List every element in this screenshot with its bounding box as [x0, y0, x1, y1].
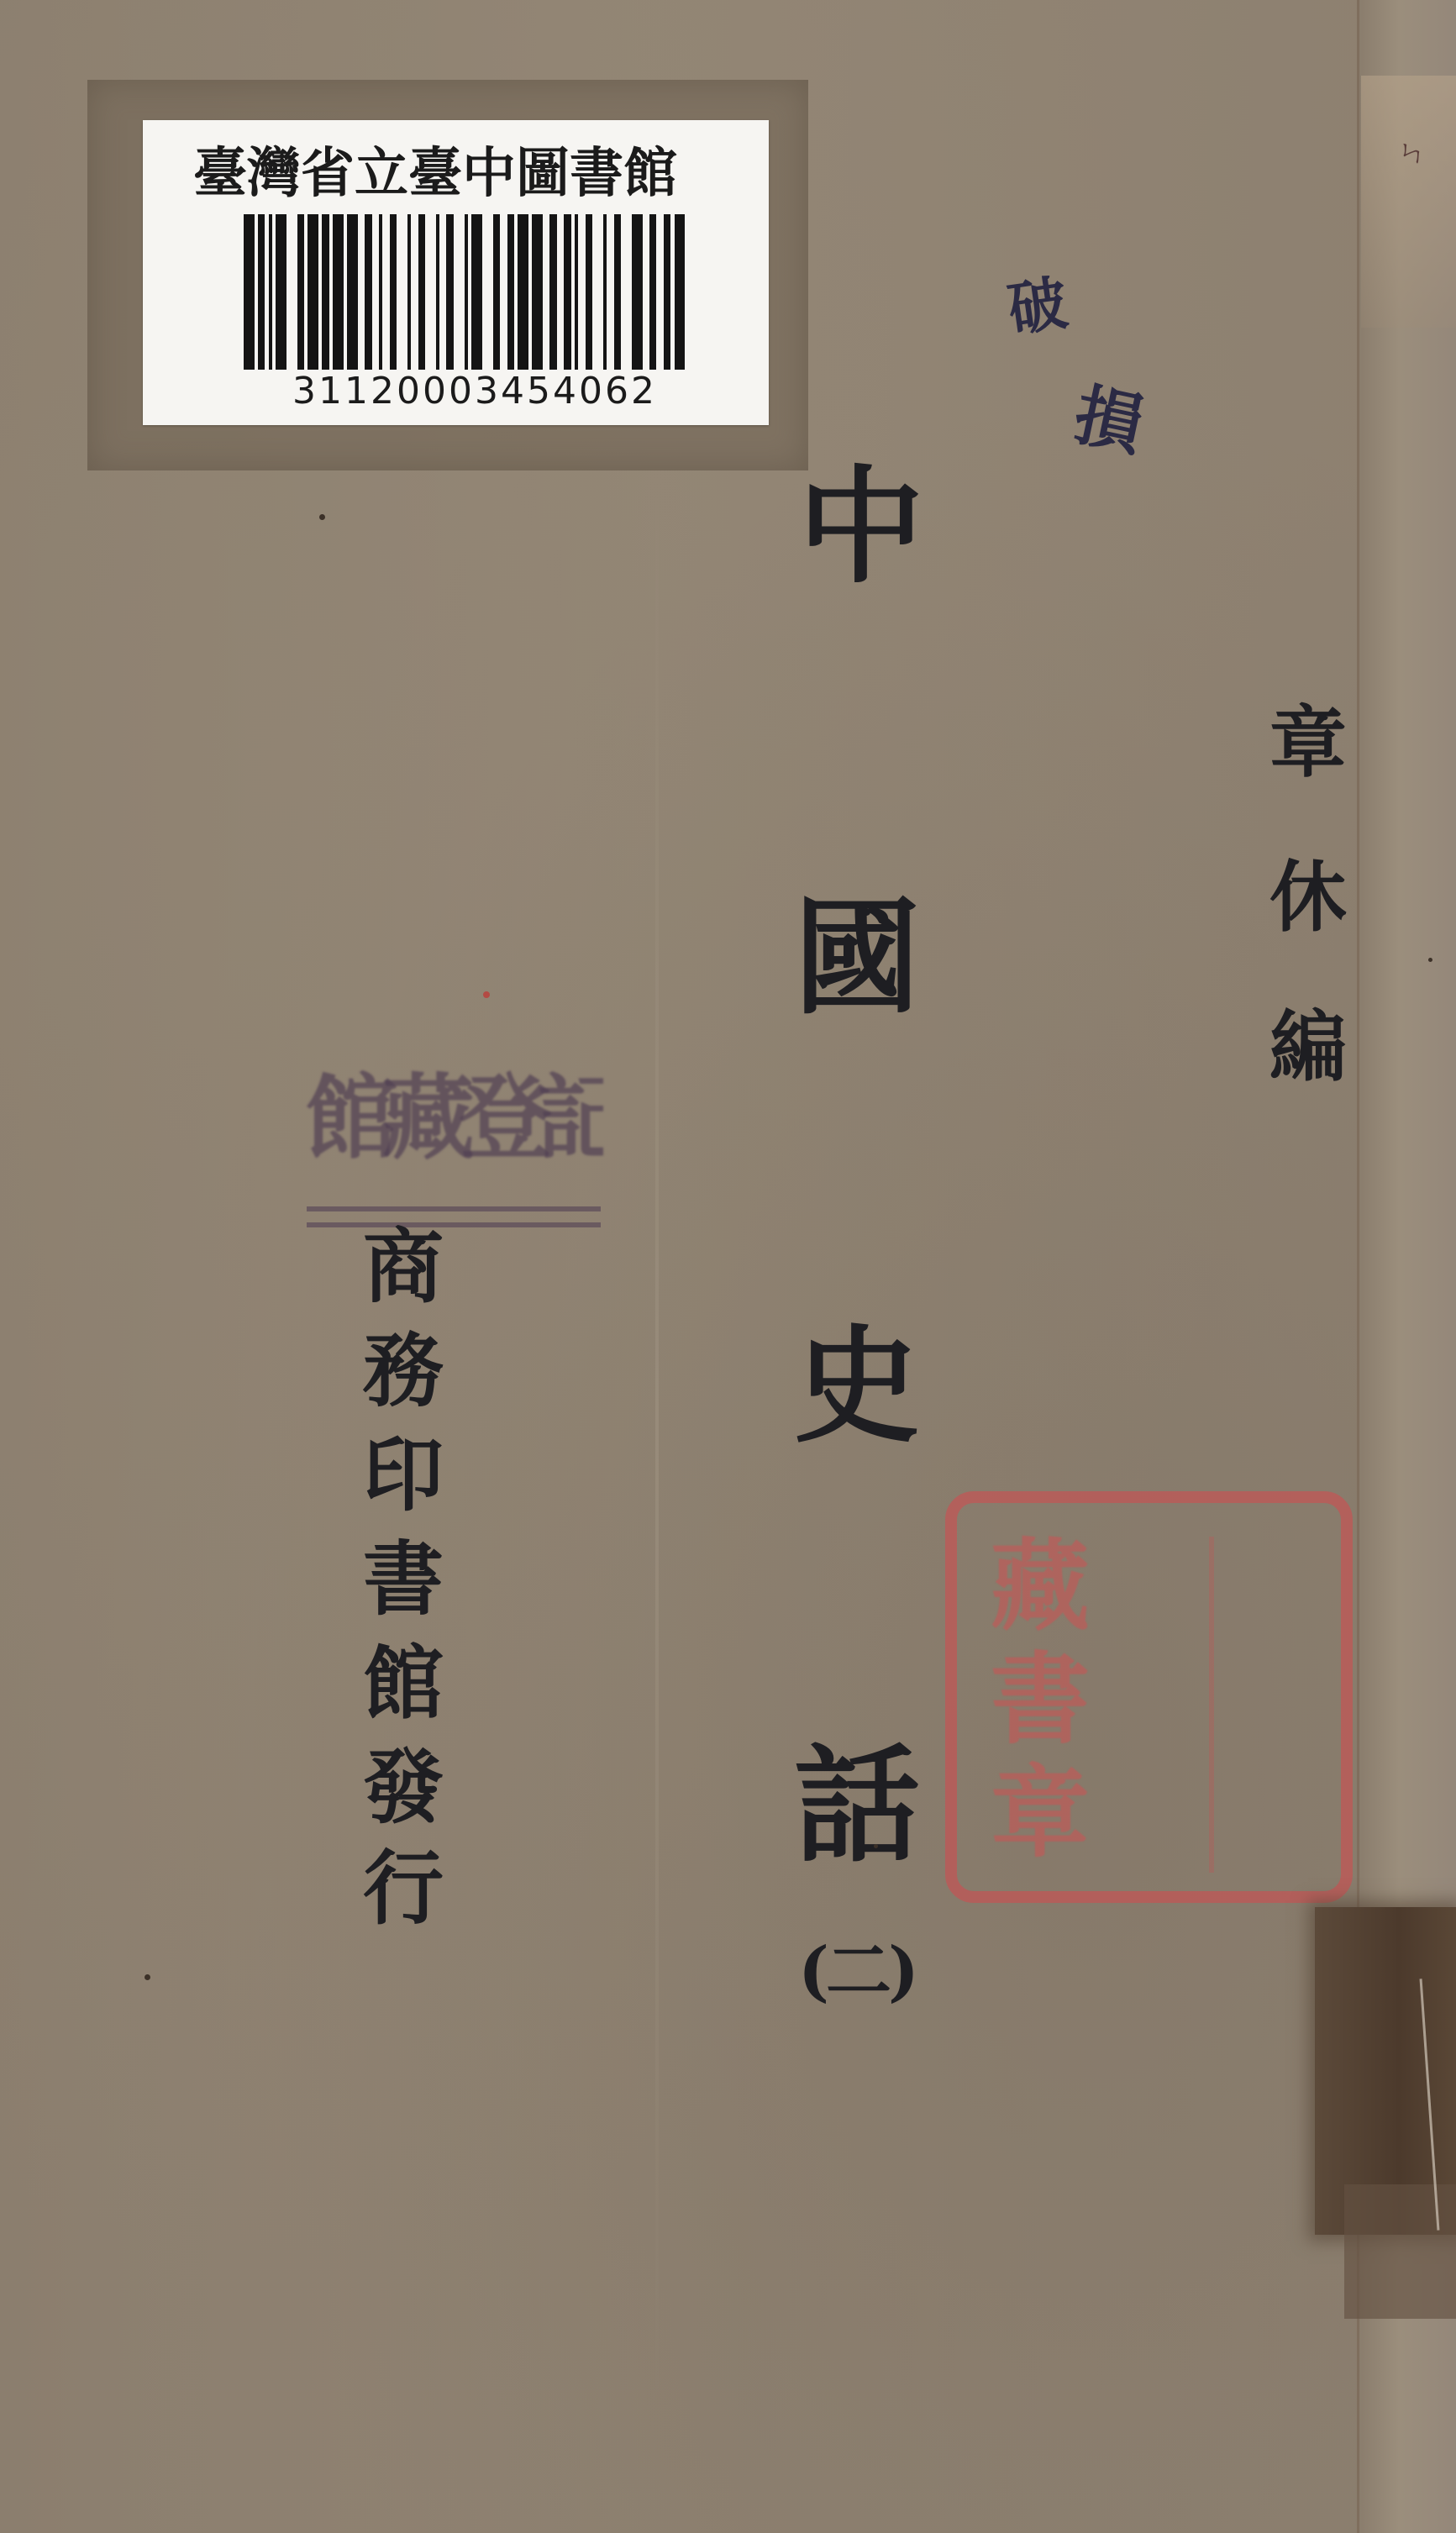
library-barcode-label: 臺灣省立臺中圖書館 31120003454062: [143, 120, 769, 425]
author-char-3: 編: [1262, 1008, 1354, 1085]
red-collection-seal: 藏 書 章: [945, 1491, 1353, 1903]
title-char-1: 中: [790, 464, 933, 590]
library-name: 臺灣省立臺中圖書館: [193, 140, 739, 208]
publisher-char-4: 書: [357, 1539, 449, 1620]
paper-speck: [483, 991, 490, 998]
paper-speck: [319, 514, 325, 520]
cover-edge-worn: [1361, 76, 1456, 328]
publisher-char-3: 印: [357, 1435, 449, 1516]
torn-cover-damage-lower: [1344, 2184, 1456, 2319]
stamp-underline-2: [307, 1222, 601, 1227]
publisher-char-5: 館: [357, 1643, 449, 1724]
paper-crease: [655, 470, 659, 2403]
title-char-4: 話: [786, 1742, 928, 1868]
handwritten-char-sun: 損: [1070, 381, 1149, 460]
purple-ink-stamp: 館藏登記: [305, 1065, 603, 1170]
barcode-icon: [244, 214, 689, 370]
handwritten-char-po: 破: [1004, 273, 1070, 339]
seal-char-1: 藏: [991, 1537, 1090, 1636]
paper-speck: [145, 1974, 150, 1980]
seal-divider: [1209, 1537, 1214, 1873]
author-char-1: 章: [1262, 704, 1354, 781]
publisher-char-1: 商: [357, 1227, 449, 1307]
title-char-2: 國: [786, 895, 928, 1021]
author-char-2: 休: [1262, 859, 1354, 936]
barcode-number: 31120003454062: [256, 370, 693, 413]
seal-char-2: 書: [991, 1650, 1090, 1749]
seal-char-3: 章: [991, 1763, 1090, 1863]
publisher-char-2: 務: [357, 1331, 449, 1411]
paper-speck: [1428, 958, 1432, 962]
stamp-underline-1: [307, 1206, 601, 1211]
title-char-3: 史: [786, 1323, 928, 1449]
publisher-char-6: 發: [357, 1747, 449, 1828]
volume-number: (二): [786, 1939, 928, 2005]
publisher-char-7: 行: [357, 1848, 449, 1929]
paper-speck: [874, 1844, 878, 1848]
